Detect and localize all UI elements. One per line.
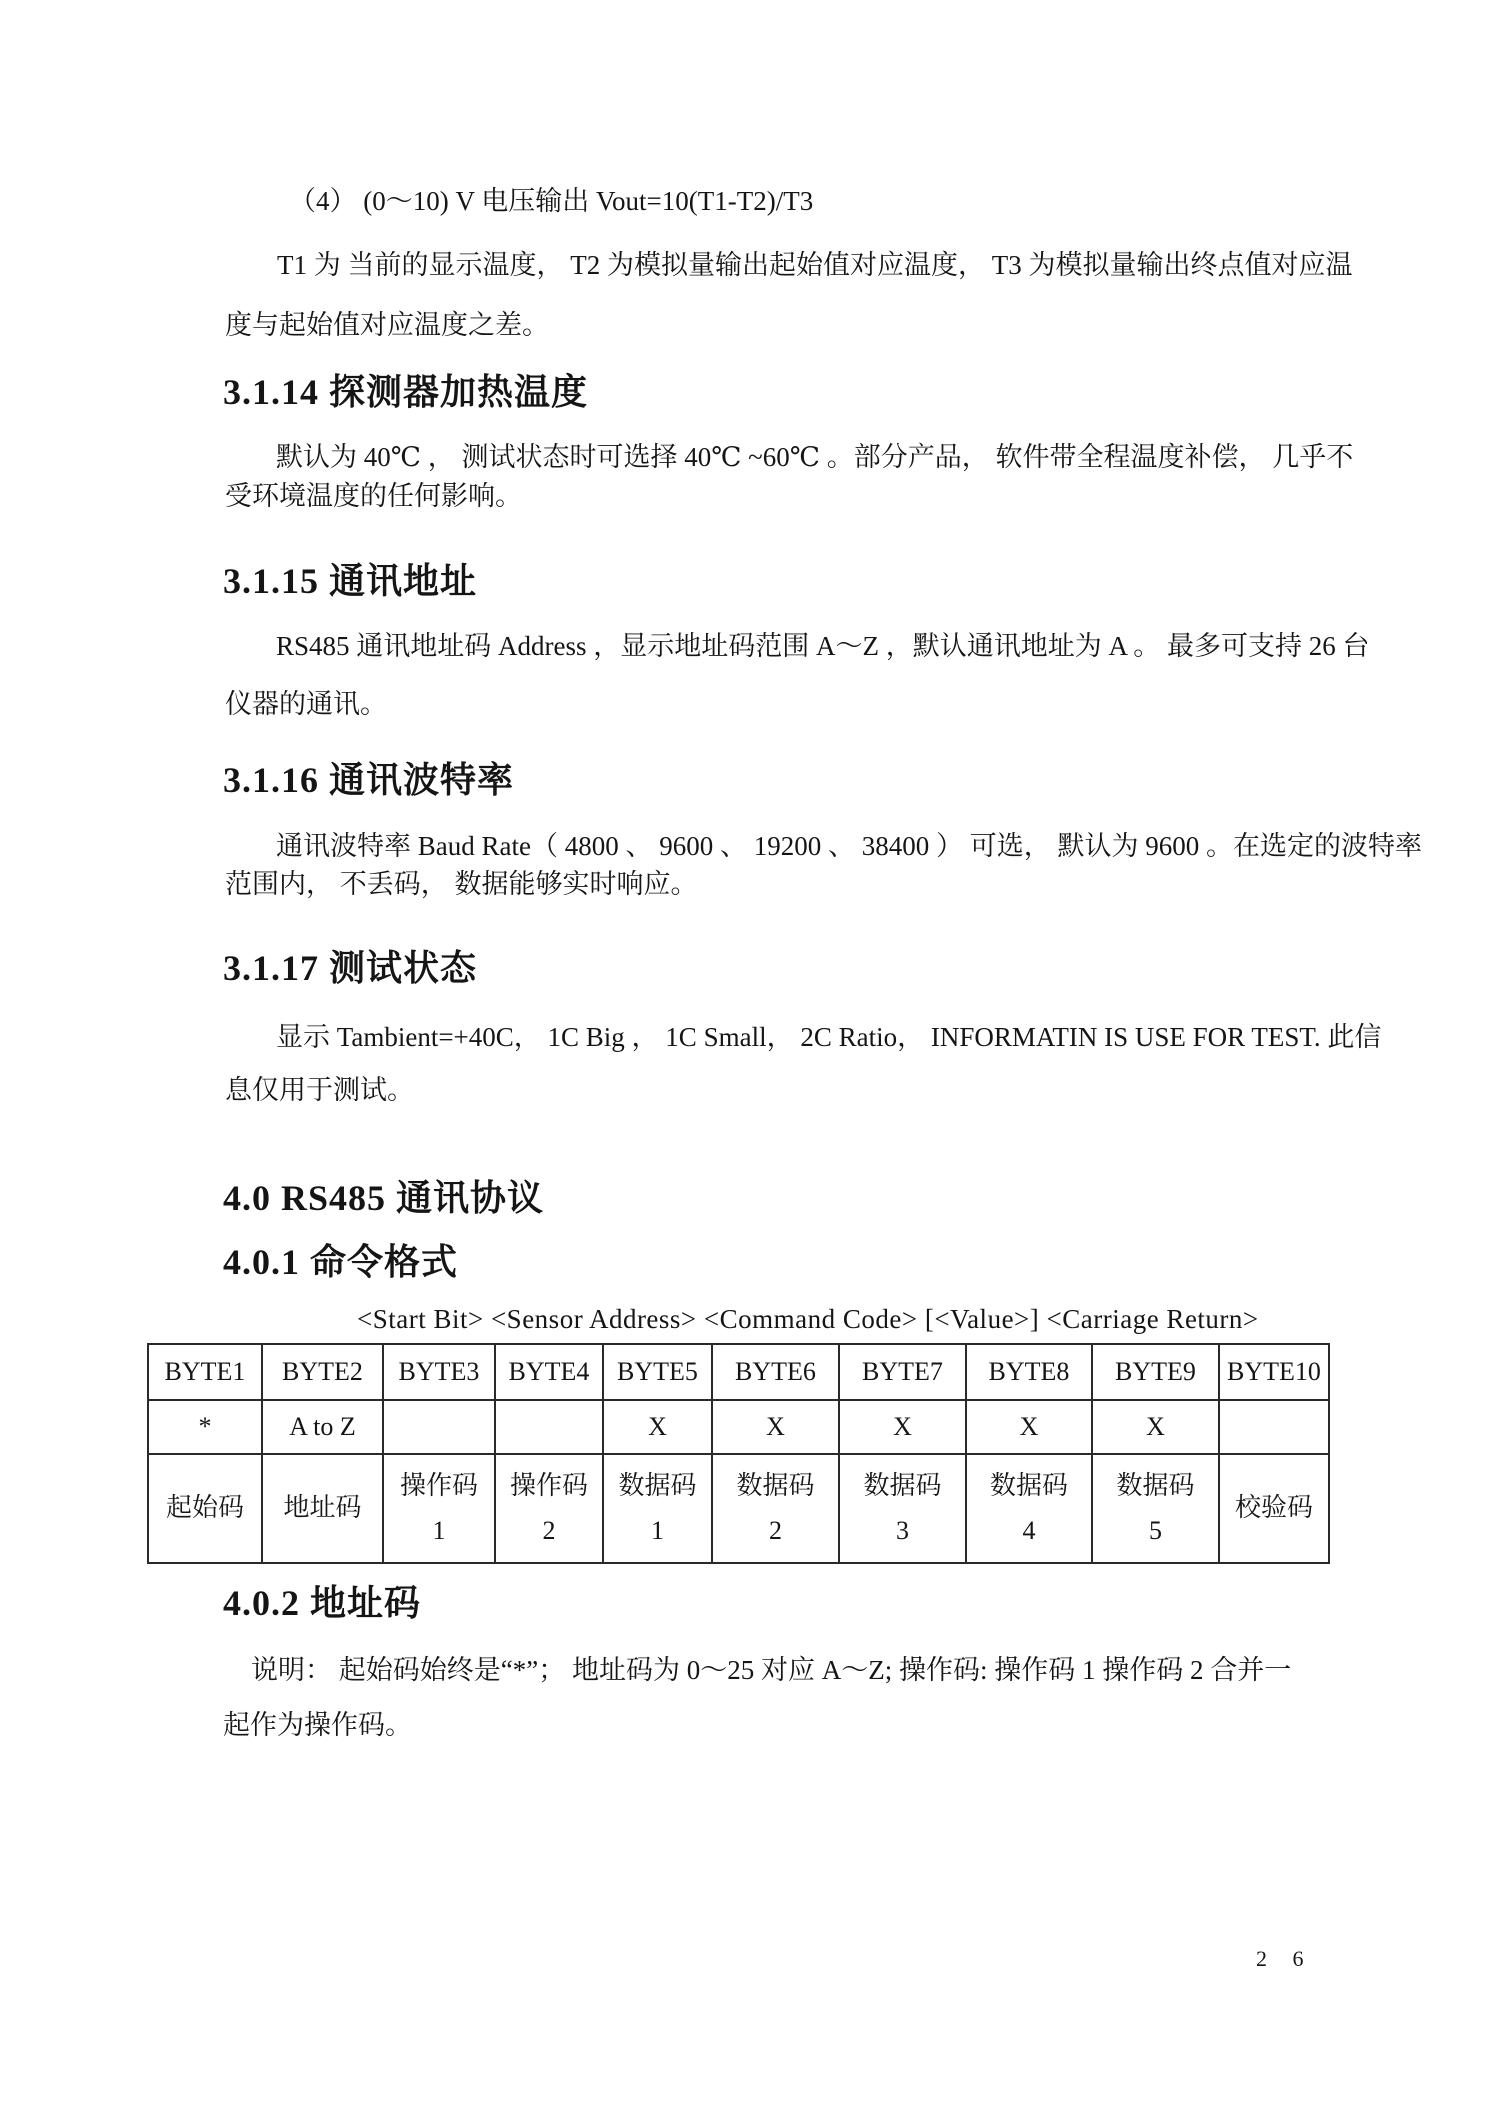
- table-value-cell: X: [603, 1400, 712, 1454]
- section-heading-4-0-2: 4.0.2 地址码: [223, 1583, 421, 1624]
- table-header-cell: BYTE1: [148, 1344, 262, 1400]
- paragraph-test-status-line2: 息仅用于测试。: [225, 1075, 414, 1106]
- command-format-table: BYTE1BYTE2BYTE3BYTE4BYTE5BYTE6BYTE7BYTE8…: [147, 1343, 1330, 1564]
- table-label-cell: 操作码1: [383, 1454, 495, 1563]
- table-label-cell: 数据码4: [966, 1454, 1092, 1563]
- table-value-cell: *: [148, 1400, 262, 1454]
- table-header-cell: BYTE8: [966, 1344, 1092, 1400]
- paragraph-comm-address-line1: RS485 通讯地址码 Address ，显示地址码范围 A～Z ，默认通讯地址…: [276, 631, 1370, 662]
- paragraph-t1-line2: 度与起始值对应温度之差。: [225, 310, 549, 341]
- table-label-cell: 数据码3: [839, 1454, 966, 1563]
- paragraph-heater-temp-line1: 默认为 40℃ ， 测试状态时可选择 40℃ ~60℃ 。部分产品， 软件带全程…: [276, 442, 1353, 473]
- table-header-cell: BYTE7: [839, 1344, 966, 1400]
- table-row: BYTE1BYTE2BYTE3BYTE4BYTE5BYTE6BYTE7BYTE8…: [148, 1344, 1329, 1400]
- table-label-cell: 操作码2: [495, 1454, 603, 1563]
- document-page: （4） (0～10) V 电压输出 Vout=10(T1-T2)/T3 T1 为…: [0, 0, 1500, 2121]
- page-number: 2 6: [1256, 1946, 1314, 1971]
- table-label-cell: 数据码5: [1092, 1454, 1219, 1563]
- table-label-cell: 数据码1: [603, 1454, 712, 1563]
- table-label-cell: 起始码: [148, 1454, 262, 1563]
- command-format-table-body: BYTE1BYTE2BYTE3BYTE4BYTE5BYTE6BYTE7BYTE8…: [148, 1344, 1329, 1563]
- table-label-cell: 数据码2: [712, 1454, 839, 1563]
- table-row: *A to ZXXXXX: [148, 1400, 1329, 1454]
- paragraph-comm-address-line2: 仪器的通讯。: [225, 689, 387, 720]
- table-value-cell: X: [712, 1400, 839, 1454]
- section-heading-3-1-17: 3.1.17 测试状态: [223, 948, 477, 989]
- paragraph-test-status-line1: 显示 Tambient=+40C， 1C Big ， 1C Small， 2C …: [276, 1022, 1381, 1053]
- section-heading-4-0: 4.0 RS485 通讯协议: [223, 1178, 544, 1219]
- command-format-line: <Start Bit> <Sensor Address> <Command Co…: [357, 1304, 1259, 1335]
- table-value-cell: [383, 1400, 495, 1454]
- table-value-cell: A to Z: [262, 1400, 383, 1454]
- table-row: 起始码地址码操作码1操作码2数据码1数据码2数据码3数据码4数据码5校验码: [148, 1454, 1329, 1563]
- table-label-cell: 校验码: [1219, 1454, 1329, 1563]
- table-value-cell: X: [966, 1400, 1092, 1454]
- paragraph-heater-temp-line2: 受环境温度的任何影响。: [225, 481, 522, 512]
- table-label-cell: 地址码: [262, 1454, 383, 1563]
- table-value-cell: [1219, 1400, 1329, 1454]
- paragraph-address-code-line2: 起作为操作码。: [223, 1710, 412, 1741]
- table-header-cell: BYTE9: [1092, 1344, 1219, 1400]
- table-header-cell: BYTE2: [262, 1344, 383, 1400]
- table-value-cell: [495, 1400, 603, 1454]
- paragraph-t1-line1: T1 为 当前的显示温度， T2 为模拟量输出起始值对应温度， T3 为模拟量输…: [277, 250, 1352, 281]
- paragraph-address-code-line1: 说明： 起始码始终是“*”； 地址码为 0～25 对应 A～Z; 操作码: 操作…: [251, 1655, 1291, 1686]
- paragraph-baud-rate-line2: 范围内， 不丢码， 数据能够实时响应。: [225, 869, 698, 900]
- table-value-cell: X: [839, 1400, 966, 1454]
- section-heading-3-1-14: 3.1.14 探测器加热温度: [223, 372, 588, 413]
- section-heading-3-1-16: 3.1.16 通讯波特率: [223, 760, 514, 801]
- table-value-cell: X: [1092, 1400, 1219, 1454]
- table-header-cell: BYTE5: [603, 1344, 712, 1400]
- section-heading-3-1-15: 3.1.15 通讯地址: [223, 561, 477, 602]
- table-header-cell: BYTE6: [712, 1344, 839, 1400]
- voltage-output-formula-line: （4） (0～10) V 电压输出 Vout=10(T1-T2)/T3: [289, 186, 813, 217]
- paragraph-baud-rate-line1: 通讯波特率 Baud Rate（ 4800 、 9600 、 19200 、 3…: [276, 831, 1422, 862]
- table-header-cell: BYTE10: [1219, 1344, 1329, 1400]
- table-header-cell: BYTE4: [495, 1344, 603, 1400]
- table-header-cell: BYTE3: [383, 1344, 495, 1400]
- section-heading-4-0-1: 4.0.1 命令格式: [223, 1242, 458, 1283]
